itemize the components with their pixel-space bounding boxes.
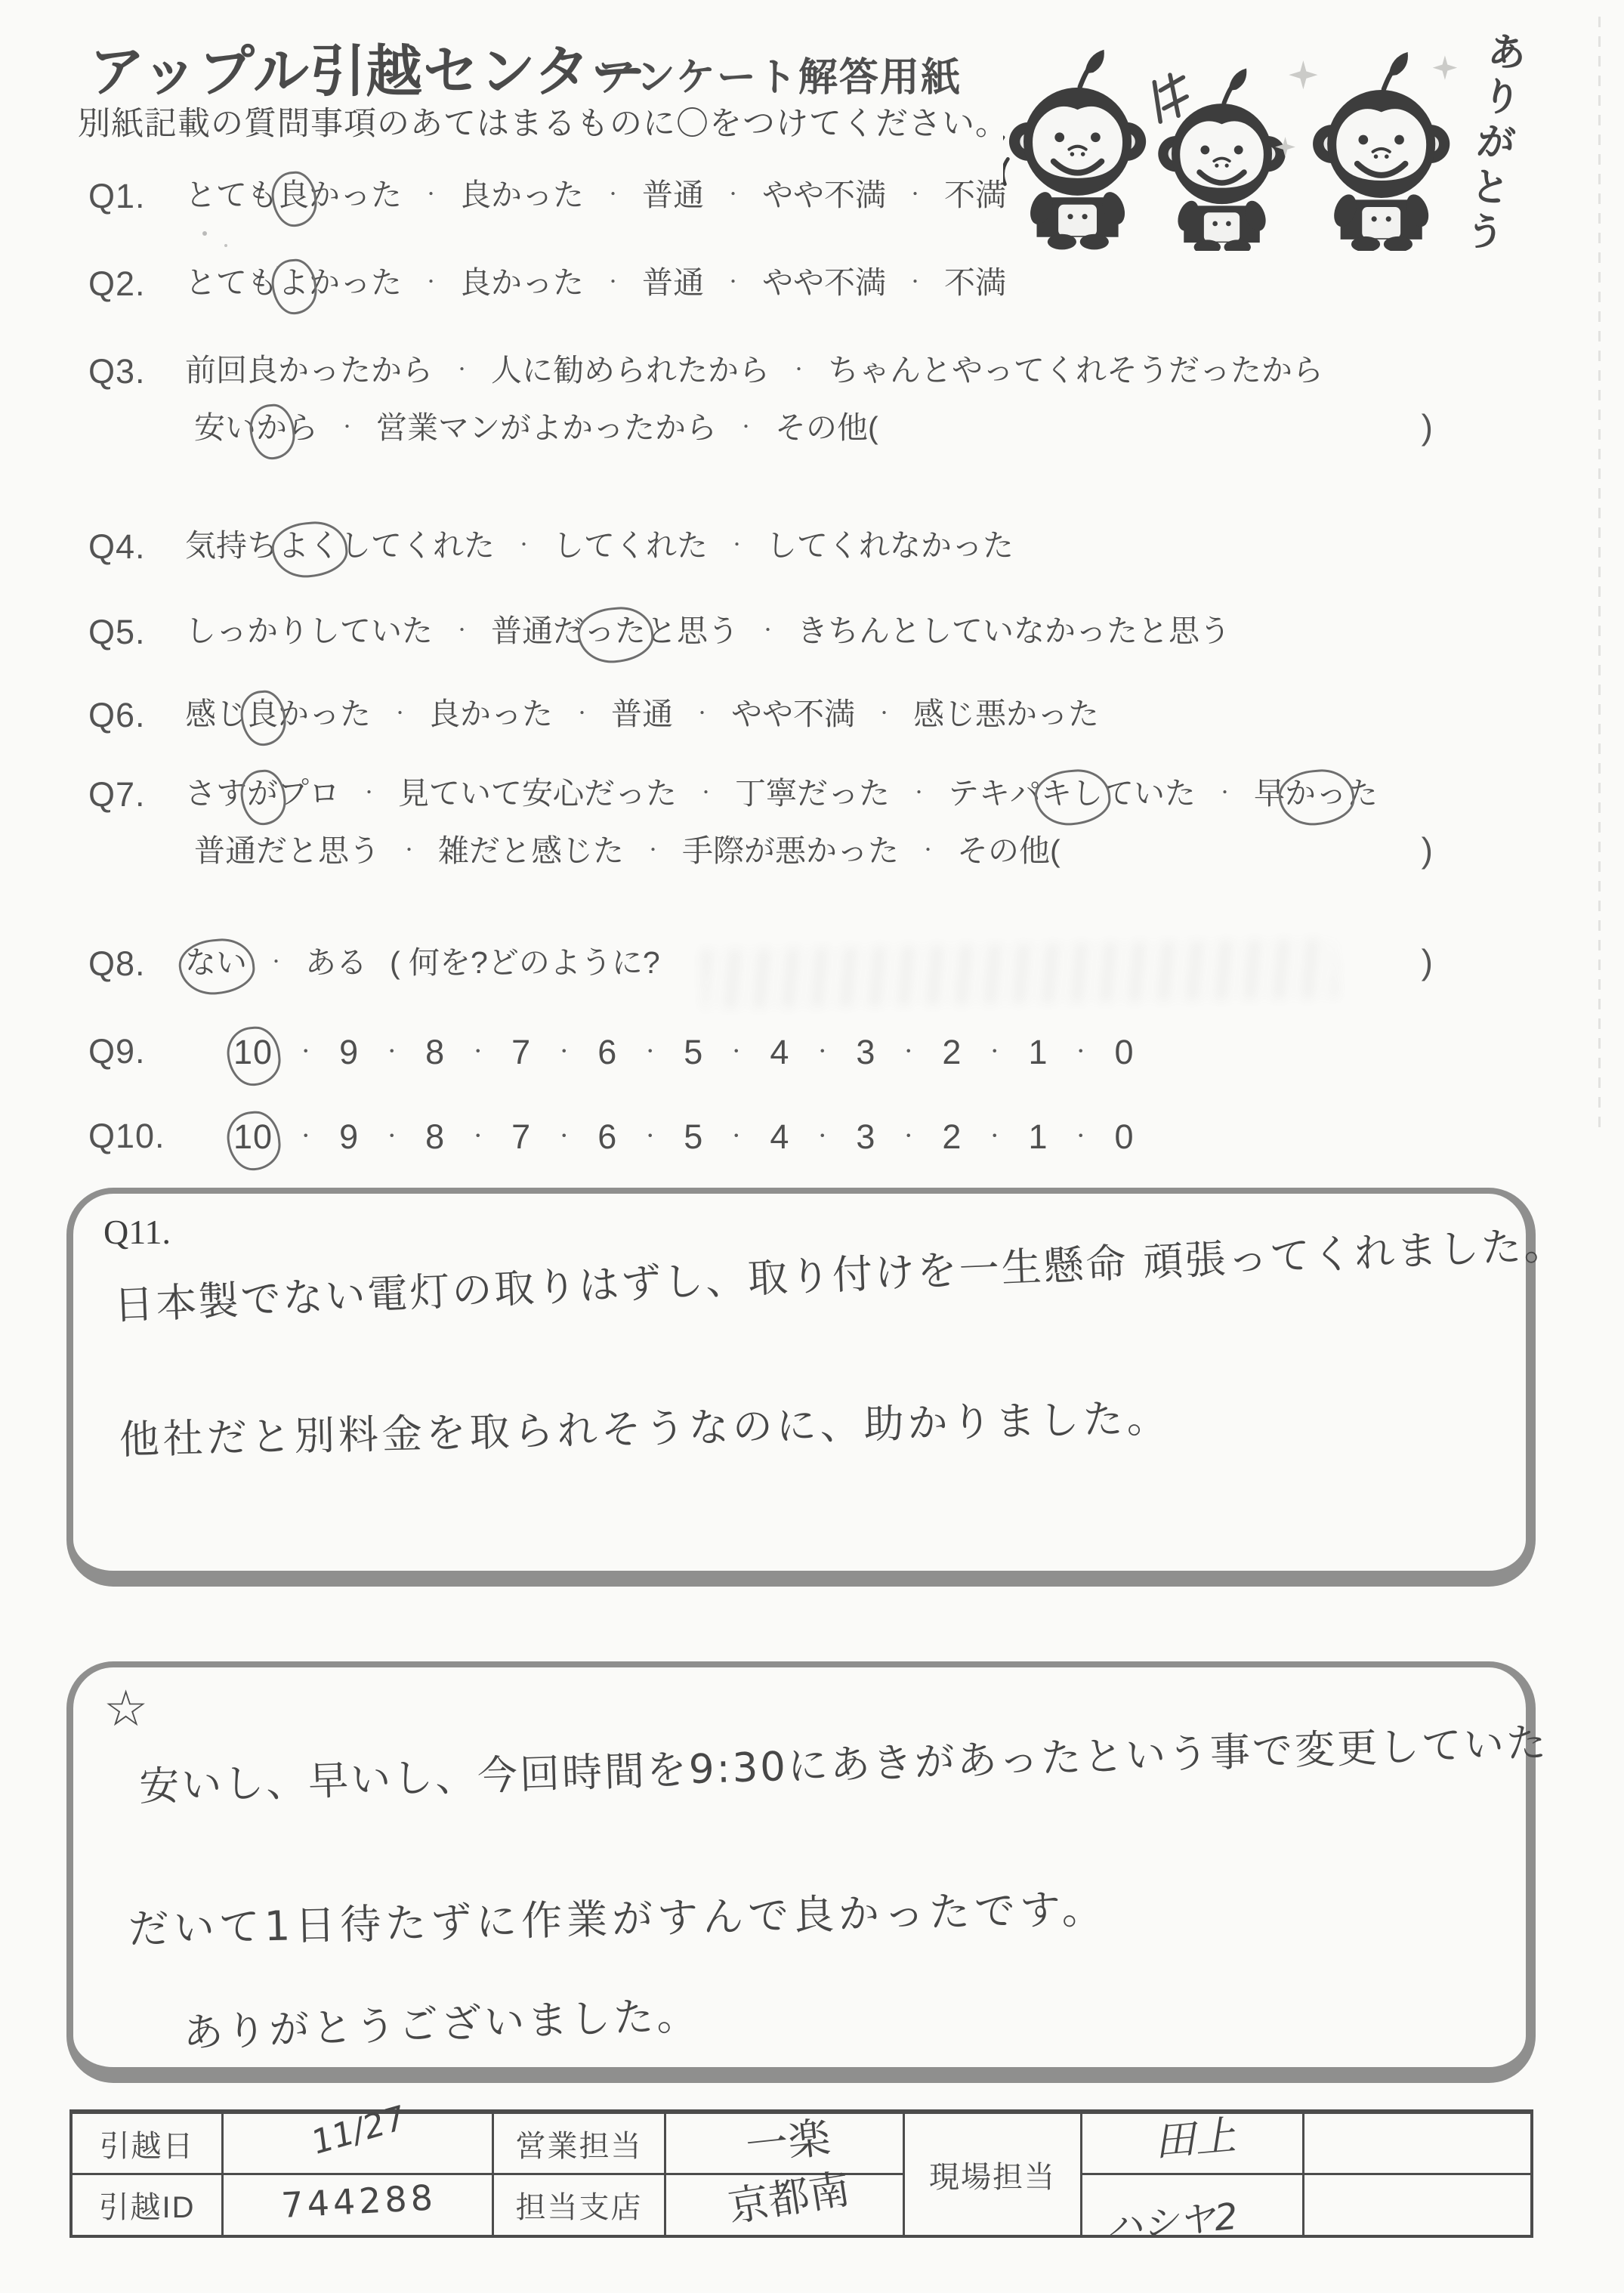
question-label: Q10.: [88, 1117, 165, 1156]
separator-dot: ・: [453, 620, 471, 641]
handwritten-selection-circle: 10: [233, 1117, 273, 1157]
answer-option: 4: [770, 1033, 789, 1071]
separator-dot: ・: [644, 840, 662, 861]
closing-paren: ): [1422, 406, 1433, 448]
question-Q3: Q3.前回良かったから・人に勧められたから・ちゃんとやってくれそうだったから安い…: [88, 352, 1546, 447]
question-Q2: Q2.とてもよかった・良かった・普通・やや不満・不満: [88, 264, 1546, 301]
handwritten-comment-line: だいて1日待たずに作業がすんで良かったです。: [128, 1877, 1107, 1955]
separator-dot: ・: [737, 417, 755, 437]
separator-dot: ・: [267, 952, 285, 972]
question-label: Q4.: [88, 527, 146, 567]
label-site-staff: 現場担当: [905, 2114, 1082, 2235]
answer-option: 10: [233, 1117, 273, 1156]
separator-dot: ・: [453, 360, 471, 380]
separator-dot: ・: [400, 840, 418, 861]
answer-option: ちゃんとやってくれそうだったから: [828, 353, 1323, 388]
answer-option: 2: [942, 1117, 962, 1156]
answer-option: 前回良かったから: [185, 353, 433, 388]
question-Q5: Q5.しっかりしていた・普通だったと思う・きちんとしていなかったと思う: [88, 613, 1546, 650]
answer-option: テキパキしていた: [948, 776, 1196, 811]
footer-info-table: 引越日 11/27 営業担当 一楽 現場担当 田上 引越ID 744288 担当…: [69, 2109, 1533, 2238]
scanned-survey-page: アップル引越センター アンケート解答用紙 別紙記載の質問事項のあてはまるものに〇…: [0, 0, 1624, 2293]
answer-option: やや不満: [762, 178, 886, 212]
handwritten-selection-circle: よ: [278, 264, 309, 301]
separator-dot: ・: [469, 1125, 488, 1148]
erased-handwriting-smudge: [702, 939, 1337, 1009]
answer-option: 6: [597, 1117, 617, 1156]
separator-dot: ・: [296, 1040, 315, 1063]
answer-option: 営業マンがよかったから: [376, 410, 717, 445]
handwritten-selection-circle: 良: [278, 177, 309, 214]
handwritten-selection-circle: よく: [278, 527, 340, 564]
handwritten-selection-circle: 良: [247, 696, 278, 733]
answer-option: 普通だと思う: [194, 833, 380, 868]
separator-dot: ・: [391, 703, 409, 724]
answer-option: 2: [942, 1033, 962, 1071]
handwritten-comment-line: ありがとうございました。: [182, 1983, 700, 2059]
answer-option: ある: [305, 945, 367, 980]
separator-dot: ・: [573, 703, 591, 724]
scan-specks: [202, 231, 207, 236]
answer-option: 普通: [642, 178, 704, 212]
answer-option: きちんとしていなかったと思う: [797, 613, 1230, 648]
separator-dot: ・: [641, 1125, 660, 1148]
question-label: Q8.: [88, 944, 146, 984]
answer-option: 4: [770, 1117, 789, 1156]
answer-option: 7: [511, 1117, 531, 1156]
separator-dot: ・: [1216, 783, 1233, 803]
value-moving-id: 744288: [224, 2175, 494, 2235]
question-options-line: 安いから・営業マンがよかったから・その他(): [194, 409, 1546, 447]
answer-option: 見ていて安心だった: [398, 776, 677, 811]
label-branch: 担当支店: [494, 2175, 666, 2235]
separator-dot: ・: [1072, 1040, 1091, 1063]
answer-option: 8: [425, 1033, 445, 1071]
answer-option: 気持ちよくしてくれた: [185, 528, 495, 563]
brand-title: アップル引越センター: [89, 27, 647, 107]
answer-option: 9: [339, 1033, 359, 1071]
question-label-q11: Q11.: [103, 1212, 171, 1252]
question-Q7: Q7.さすがプロ・見ていて安心だった・丁寧だった・テキパキしていた・早かった普通…: [88, 775, 1546, 870]
star-icon: ☆: [103, 1680, 148, 1738]
answer-option: 雑だと感じた: [438, 833, 624, 868]
question-options-line: 気持ちよくしてくれた・してくれた・してくれなかった: [185, 527, 1546, 564]
question-label: Q7.: [88, 775, 146, 814]
question-label: Q3.: [88, 352, 146, 391]
separator-dot: ・: [1072, 1125, 1091, 1148]
answer-option: 良かった: [460, 178, 584, 212]
question-label: Q1.: [88, 177, 146, 216]
handwritten-selection-circle: キし: [1041, 775, 1103, 812]
answer-option: してくれた: [553, 528, 708, 563]
answer-option: 手際が悪かった: [682, 833, 899, 868]
separator-dot: ・: [604, 272, 622, 292]
answer-option: 早かった: [1254, 776, 1378, 811]
separator-dot: ・: [693, 703, 711, 724]
question-label: Q6.: [88, 696, 146, 735]
question-options-line: さすがプロ・見ていて安心だった・丁寧だった・テキパキしていた・早かった: [185, 775, 1546, 812]
label-sales-rep: 営業担当: [494, 2114, 666, 2175]
handwritten-comment-line: 安いし、早いし、今回時間を9:30にあきがあったという事で変更していた: [138, 1710, 1549, 1812]
question-Q4: Q4.気持ちよくしてくれた・してくれた・してくれなかった: [88, 527, 1546, 564]
separator-dot: ・: [724, 184, 742, 205]
answer-option: 3: [856, 1117, 875, 1156]
separator-dot: ・: [555, 1125, 574, 1148]
question-options-line: 感じ良かった・良かった・普通・やや不満・感じ悪かった: [185, 696, 1546, 733]
handwritten-selection-circle: が: [247, 775, 278, 812]
separator-dot: ・: [338, 417, 356, 437]
separator-dot: ・: [900, 1040, 919, 1063]
answer-option: やや不満: [762, 265, 886, 300]
separator-dot: ・: [759, 620, 776, 641]
answer-option: 1: [1028, 1033, 1048, 1071]
handwritten-selection-circle: 10: [233, 1032, 273, 1073]
answer-option: ( 何を?どのように?: [390, 945, 660, 980]
label-moving-date: 引越日: [73, 2114, 224, 2175]
separator-dot: ・: [727, 1125, 746, 1148]
question-label: Q2.: [88, 264, 146, 304]
answer-option: 0: [1115, 1033, 1135, 1071]
answer-option: 安いから: [194, 410, 318, 445]
mascot-thanks-text: ありがとう: [1450, 28, 1534, 260]
question-options-line: 前回良かったから・人に勧められたから・ちゃんとやってくれそうだったから: [185, 352, 1546, 389]
answer-option: 感じ悪かった: [913, 697, 1099, 731]
question-label: Q9.: [88, 1032, 146, 1071]
separator-dot: ・: [469, 1040, 488, 1063]
value-branch: 京都南: [666, 2175, 905, 2235]
scan-artifact-line: [1598, 17, 1601, 1135]
answer-option: しっかりしていた: [185, 613, 433, 648]
separator-dot: ・: [986, 1040, 1005, 1063]
q11-comment-box: Q11. 日本製でない電灯の取りはずし、取り付けを一生懸命 頑張ってくれました。…: [66, 1188, 1536, 1587]
question-label: Q5.: [88, 613, 146, 652]
question-Q1: Q1.とても良かった・良かった・普通・やや不満・不満: [88, 177, 1546, 214]
separator-dot: ・: [604, 184, 622, 205]
answer-option: ない: [185, 945, 247, 980]
question-Q10: Q10.10・9・8・7・6・5・4・3・2・1・0: [88, 1117, 1546, 1157]
answer-option: 10: [233, 1033, 273, 1071]
separator-dot: ・: [906, 184, 924, 205]
question-Q9: Q9.10・9・8・7・6・5・4・3・2・1・0: [88, 1032, 1546, 1073]
question-options-line: しっかりしていた・普通だったと思う・きちんとしていなかったと思う: [185, 613, 1546, 650]
closing-paren: ): [1422, 830, 1433, 871]
empty-cell: [1304, 2175, 1530, 2235]
answer-option: 5: [684, 1117, 703, 1156]
separator-dot: ・: [900, 1125, 919, 1148]
separator-dot: ・: [728, 535, 746, 555]
answer-option: 5: [684, 1033, 703, 1071]
handwritten-comment-line: 他社だと別料金を取られそうなのに、助かりました。: [119, 1386, 1171, 1466]
value-moving-date: 11/27: [224, 2114, 494, 2175]
separator-dot: ・: [814, 1040, 832, 1063]
question-options-line: 10・9・8・7・6・5・4・3・2・1・0: [233, 1117, 1546, 1157]
separator-dot: ・: [814, 1125, 832, 1148]
separator-dot: ・: [919, 840, 937, 861]
answer-option: その他(: [775, 410, 878, 445]
value-site-staff-2: ハシヤ2: [1082, 2175, 1304, 2235]
separator-dot: ・: [382, 1040, 401, 1063]
answer-option: 普通: [642, 265, 704, 300]
separator-dot: ・: [790, 360, 807, 380]
answer-option: 丁寧だった: [735, 776, 890, 811]
empty-cell: [1304, 2114, 1530, 2175]
question-options-line: 普通だと思う・雑だと感じた・手際が悪かった・その他(): [194, 833, 1546, 870]
answer-option: やや不満: [731, 697, 855, 731]
label-moving-id: 引越ID: [73, 2175, 224, 2235]
value-site-staff-1: 田上: [1082, 2114, 1304, 2175]
answer-option: 普通: [611, 697, 673, 731]
answer-option: 不満: [944, 265, 1006, 300]
separator-dot: ・: [360, 783, 378, 803]
answer-option: さすがプロ: [185, 776, 340, 811]
separator-dot: ・: [422, 272, 440, 292]
handwritten-selection-circle: った: [584, 613, 646, 650]
answer-option: 良かった: [429, 697, 553, 731]
form-title: アンケート解答用紙: [597, 45, 962, 102]
star-comment-box: ☆ 安いし、早いし、今回時間を9:30にあきがあったという事で変更していた だい…: [66, 1661, 1536, 2083]
handwritten-selection-circle: ない: [185, 944, 247, 981]
answer-option: 感じ良かった: [185, 697, 371, 731]
separator-dot: ・: [875, 703, 893, 724]
handwritten-selection-circle: かっ: [1285, 775, 1347, 812]
separator-dot: ・: [906, 272, 924, 292]
answer-option: 9: [339, 1117, 359, 1156]
answer-option: その他(: [957, 833, 1061, 868]
separator-dot: ・: [382, 1125, 401, 1148]
answer-option: 3: [856, 1033, 875, 1071]
separator-dot: ・: [727, 1040, 746, 1063]
separator-dot: ・: [422, 184, 440, 205]
question-options-line: とても良かった・良かった・普通・やや不満・不満: [185, 177, 1546, 214]
answer-option: 良かった: [460, 265, 584, 300]
answer-option: 6: [597, 1033, 617, 1071]
handwritten-selection-circle: か: [256, 409, 287, 447]
monkey-mascots-icon: [1003, 20, 1459, 252]
separator-dot: ・: [910, 783, 928, 803]
instruction-text: 別紙記載の質問事項のあてはまるものに〇をつけてください。: [78, 98, 1008, 144]
closing-paren: ): [1422, 941, 1433, 983]
answer-option: 普通だったと思う: [491, 613, 739, 648]
answer-option: 1: [1028, 1117, 1048, 1156]
answer-option: とても良かった: [185, 178, 402, 212]
answer-option: 不満: [944, 178, 1006, 212]
separator-dot: ・: [641, 1040, 660, 1063]
answer-option: とてもよかった: [185, 265, 402, 300]
separator-dot: ・: [697, 783, 715, 803]
handwritten-comment-line: 日本製でない電灯の取りはずし、取り付けを一生懸命 頑張ってくれました。: [113, 1213, 1567, 1330]
answer-option: 7: [511, 1033, 531, 1071]
answer-option: 0: [1115, 1117, 1135, 1156]
answer-option: してくれなかった: [766, 528, 1014, 563]
answer-option: 8: [425, 1117, 445, 1156]
separator-dot: ・: [724, 272, 742, 292]
separator-dot: ・: [515, 535, 533, 555]
separator-dot: ・: [296, 1125, 315, 1148]
question-options-line: とてもよかった・良かった・普通・やや不満・不満: [185, 264, 1546, 301]
separator-dot: ・: [986, 1125, 1005, 1148]
separator-dot: ・: [555, 1040, 574, 1063]
answer-option: 人に勧められたから: [491, 353, 770, 388]
question-Q6: Q6.感じ良かった・良かった・普通・やや不満・感じ悪かった: [88, 696, 1546, 733]
question-options-line: 10・9・8・7・6・5・4・3・2・1・0: [233, 1032, 1546, 1073]
